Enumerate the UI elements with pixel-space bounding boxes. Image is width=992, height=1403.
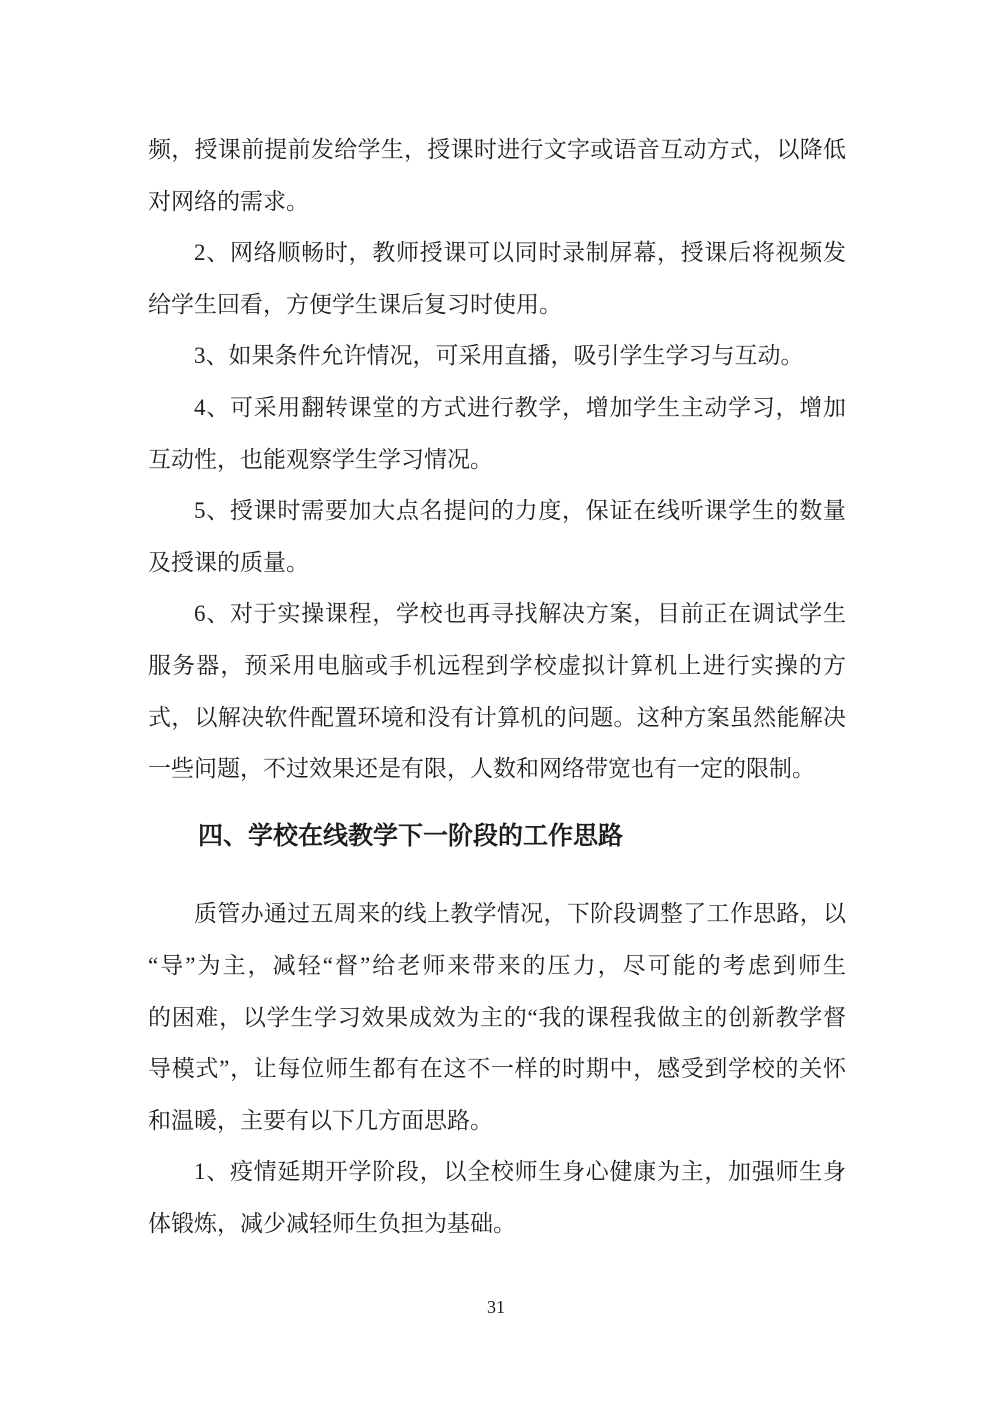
paragraph: 频，授课前提前发给学生，授课时进行文字或语音互动方式，以降低对网络的需求。: [148, 124, 846, 227]
document-page: 频，授课前提前发给学生，授课时进行文字或语音互动方式，以降低对网络的需求。2、网…: [0, 0, 992, 1403]
paragraph: 质管办通过五周来的线上教学情况，下阶段调整了工作思路，以“导”为主，减轻“督”给…: [148, 888, 846, 1146]
paragraph: 1、疫情延期开学阶段，以全校师生身心健康为主，加强师生身体锻炼，减少减轻师生负担…: [148, 1146, 846, 1249]
text-line: 对网络的需求。: [148, 176, 846, 228]
text-line: 体锻炼，减少减轻师生负担为基础。: [148, 1198, 846, 1250]
text-line: 及授课的质量。: [148, 537, 846, 589]
paragraph: 2、网络顺畅时，教师授课可以同时录制屏幕，授课后将视频发给学生回看，方便学生课后…: [148, 227, 846, 330]
text-line: 2、网络顺畅时，教师授课可以同时录制屏幕，授课后将视频发: [148, 227, 846, 279]
text-line: 给学生回看，方便学生课后复习时使用。: [148, 279, 846, 331]
text-line: 频，授课前提前发给学生，授课时进行文字或语音互动方式，以降低: [148, 124, 846, 176]
text-line: 式，以解决软件配置环境和没有计算机的问题。这种方案虽然能解决: [148, 692, 846, 744]
text-line: “导”为主，减轻“督”给老师来带来的压力，尽可能的考虑到师生: [148, 940, 846, 992]
text-line: 质管办通过五周来的线上教学情况，下阶段调整了工作思路，以: [148, 888, 846, 940]
text-line: 6、对于实操课程，学校也再寻找解决方案，目前正在调试学生: [148, 588, 846, 640]
section-heading: 四、学校在线教学下一阶段的工作思路: [148, 811, 846, 863]
document-body: 频，授课前提前发给学生，授课时进行文字或语音互动方式，以降低对网络的需求。2、网…: [148, 124, 846, 1249]
text-line: 和温暖，主要有以下几方面思路。: [148, 1095, 846, 1147]
heading-line: 四、学校在线教学下一阶段的工作思路: [148, 811, 846, 863]
paragraph: 5、授课时需要加大点名提问的力度，保证在线听课学生的数量及授课的质量。: [148, 485, 846, 588]
text-line: 互动性，也能观察学生学习情况。: [148, 434, 846, 486]
paragraph: 4、可采用翻转课堂的方式进行教学，增加学生主动学习，增加互动性，也能观察学生学习…: [148, 382, 846, 485]
text-line: 一些问题，不过效果还是有限，人数和网络带宽也有一定的限制。: [148, 743, 846, 795]
text-line: 4、可采用翻转课堂的方式进行教学，增加学生主动学习，增加: [148, 382, 846, 434]
text-line: 5、授课时需要加大点名提问的力度，保证在线听课学生的数量: [148, 485, 846, 537]
text-line: 服务器，预采用电脑或手机远程到学校虚拟计算机上进行实操的方: [148, 640, 846, 692]
text-line: 3、如果条件允许情况，可采用直播，吸引学生学习与互动。: [148, 330, 846, 382]
text-line: 1、疫情延期开学阶段，以全校师生身心健康为主，加强师生身: [148, 1146, 846, 1198]
text-line: 导模式”，让每位师生都有在这不一样的时期中，感受到学校的关怀: [148, 1043, 846, 1095]
page-number: 31: [0, 1295, 992, 1319]
text-line: 的困难，以学生学习效果成效为主的“我的课程我做主的创新教学督: [148, 992, 846, 1044]
paragraph: 3、如果条件允许情况，可采用直播，吸引学生学习与互动。: [148, 330, 846, 382]
paragraph: 6、对于实操课程，学校也再寻找解决方案，目前正在调试学生服务器，预采用电脑或手机…: [148, 588, 846, 794]
